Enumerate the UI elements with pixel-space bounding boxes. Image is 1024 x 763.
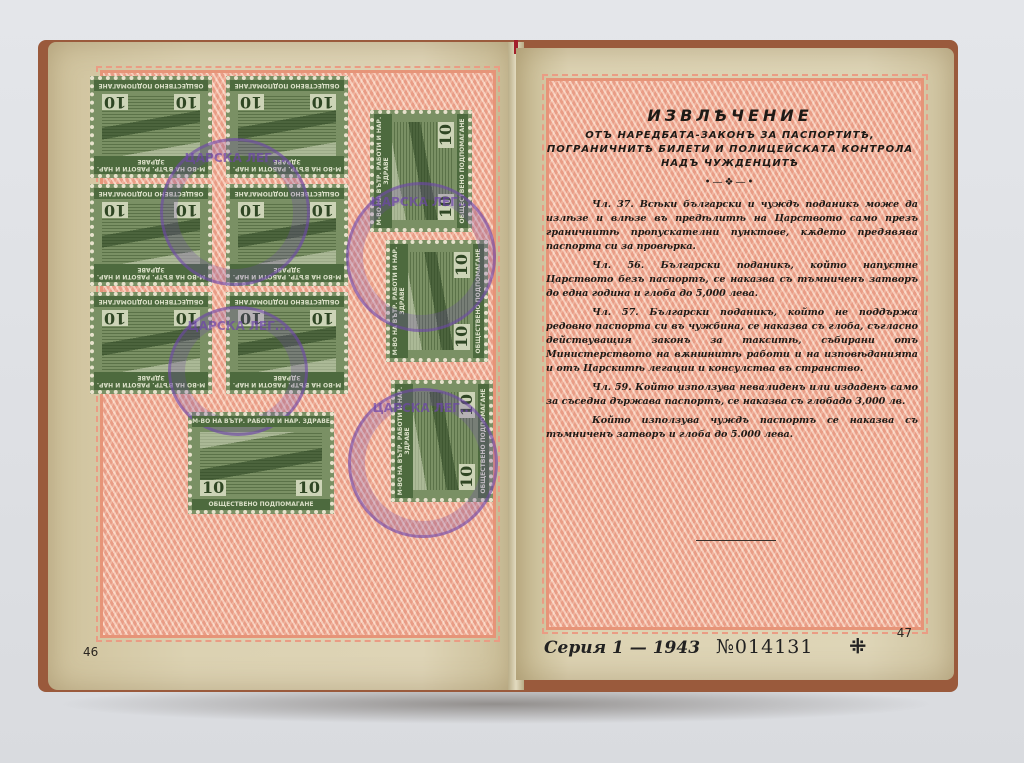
serial-line: Серия 1 — 1943 №014131 ⁜	[544, 634, 866, 658]
article-59-foreign: Който използува чуждъ паспортъ се наказв…	[546, 414, 918, 442]
right-page: ИЗВЛѢЧЕНИЕ ОТЪ НАРЕДБАТА-ЗАКОНЪ ЗА ПАСПО…	[516, 48, 954, 680]
postmark-text: ЦАРСКА ЛЕГ...	[373, 401, 474, 415]
law-extract: ИЗВЛѢЧЕНИЕ ОТЪ НАРЕДБАТА-ЗАКОНЪ ЗА ПАСПО…	[536, 106, 924, 447]
passport-booklet: М-ВО НА ВЪТР. РАБОТИ И НАР. ЗДРАВЕ 10 10…	[38, 36, 962, 696]
stamp-value: 10	[310, 94, 336, 110]
extract-subtitle: ОТЪ НАРЕДБАТА-ЗАКОНЪ ЗА ПАСПОРТИТѢ, ПОГР…	[546, 129, 914, 171]
stamp-bottom-text: ОБЩЕСТВЕНО ПОДПОМАГАНЕ	[94, 80, 208, 91]
stamp-value: 10	[174, 94, 200, 110]
postmark-text: ЦАРСКА ЛЕГ...	[185, 151, 286, 165]
serial-number: №014131	[716, 636, 814, 658]
stamp-bottom-text: ОБЩЕСТВЕНО ПОДПОМАГАНЕ	[230, 80, 344, 91]
cancellation-postmark: ЦАРСКА ЛЕГ...	[348, 388, 498, 538]
stamp-value: 10	[310, 310, 336, 326]
series-label: Серия 1 — 1943	[544, 638, 700, 658]
stamp-bottom-text: ОБЩЕСТВЕНО ПОДПОМАГАНЕ	[230, 296, 344, 307]
article-37: Чл. 37. Всѣки български и чуждъ поданикъ…	[546, 198, 918, 254]
stamp-value: 10	[102, 94, 128, 110]
article-56: Чл. 56. Български поданикъ, който напуст…	[546, 259, 918, 301]
asterisk-mark-icon: ⁜	[849, 634, 866, 658]
stamp-value: 10	[438, 122, 454, 148]
postmark-text: ЦАРСКА ЛЕГ...	[188, 319, 289, 333]
cancellation-postmark: ЦАРСКА ЛЕГ...	[346, 182, 496, 332]
stamp-value: 10	[200, 480, 226, 496]
stamp-value: 10	[102, 202, 128, 218]
stamp-bottom-text: ОБЩЕСТВЕНО ПОДПОМАГАНЕ	[94, 296, 208, 307]
left-page: М-ВО НА ВЪТР. РАБОТИ И НАР. ЗДРАВЕ 10 10…	[48, 42, 516, 690]
stamp-bottom-text: ОБЩЕСТВЕНО ПОДПОМАГАНЕ	[192, 499, 330, 510]
article-57: Чл. 57. Български поданикъ, който не под…	[546, 306, 918, 376]
stamp-value: 10	[454, 324, 470, 350]
page-number-left: 46	[83, 645, 98, 659]
ornament-divider: •—❖—•	[536, 177, 924, 188]
postmark-text: ЦАРСКА ЛЕГ...	[371, 195, 472, 209]
page-number-right: 47	[897, 626, 912, 640]
stamp-value: 10	[238, 94, 264, 110]
stamp-value: 10	[296, 480, 322, 496]
stamp-value: 10	[310, 202, 336, 218]
stamp-top-text: М-ВО НА ВЪТР. РАБОТИ И НАР. ЗДРАВЕ	[192, 416, 330, 427]
cancellation-postmark: ЦАРСКА ЛЕГ...	[160, 138, 310, 286]
extract-title: ИЗВЛѢЧЕНИЕ	[536, 106, 924, 125]
article-59: Чл. 59. Който използува невалиденъ или и…	[546, 381, 918, 409]
stamp-value: 10	[102, 310, 128, 326]
end-ornament	[696, 540, 776, 547]
